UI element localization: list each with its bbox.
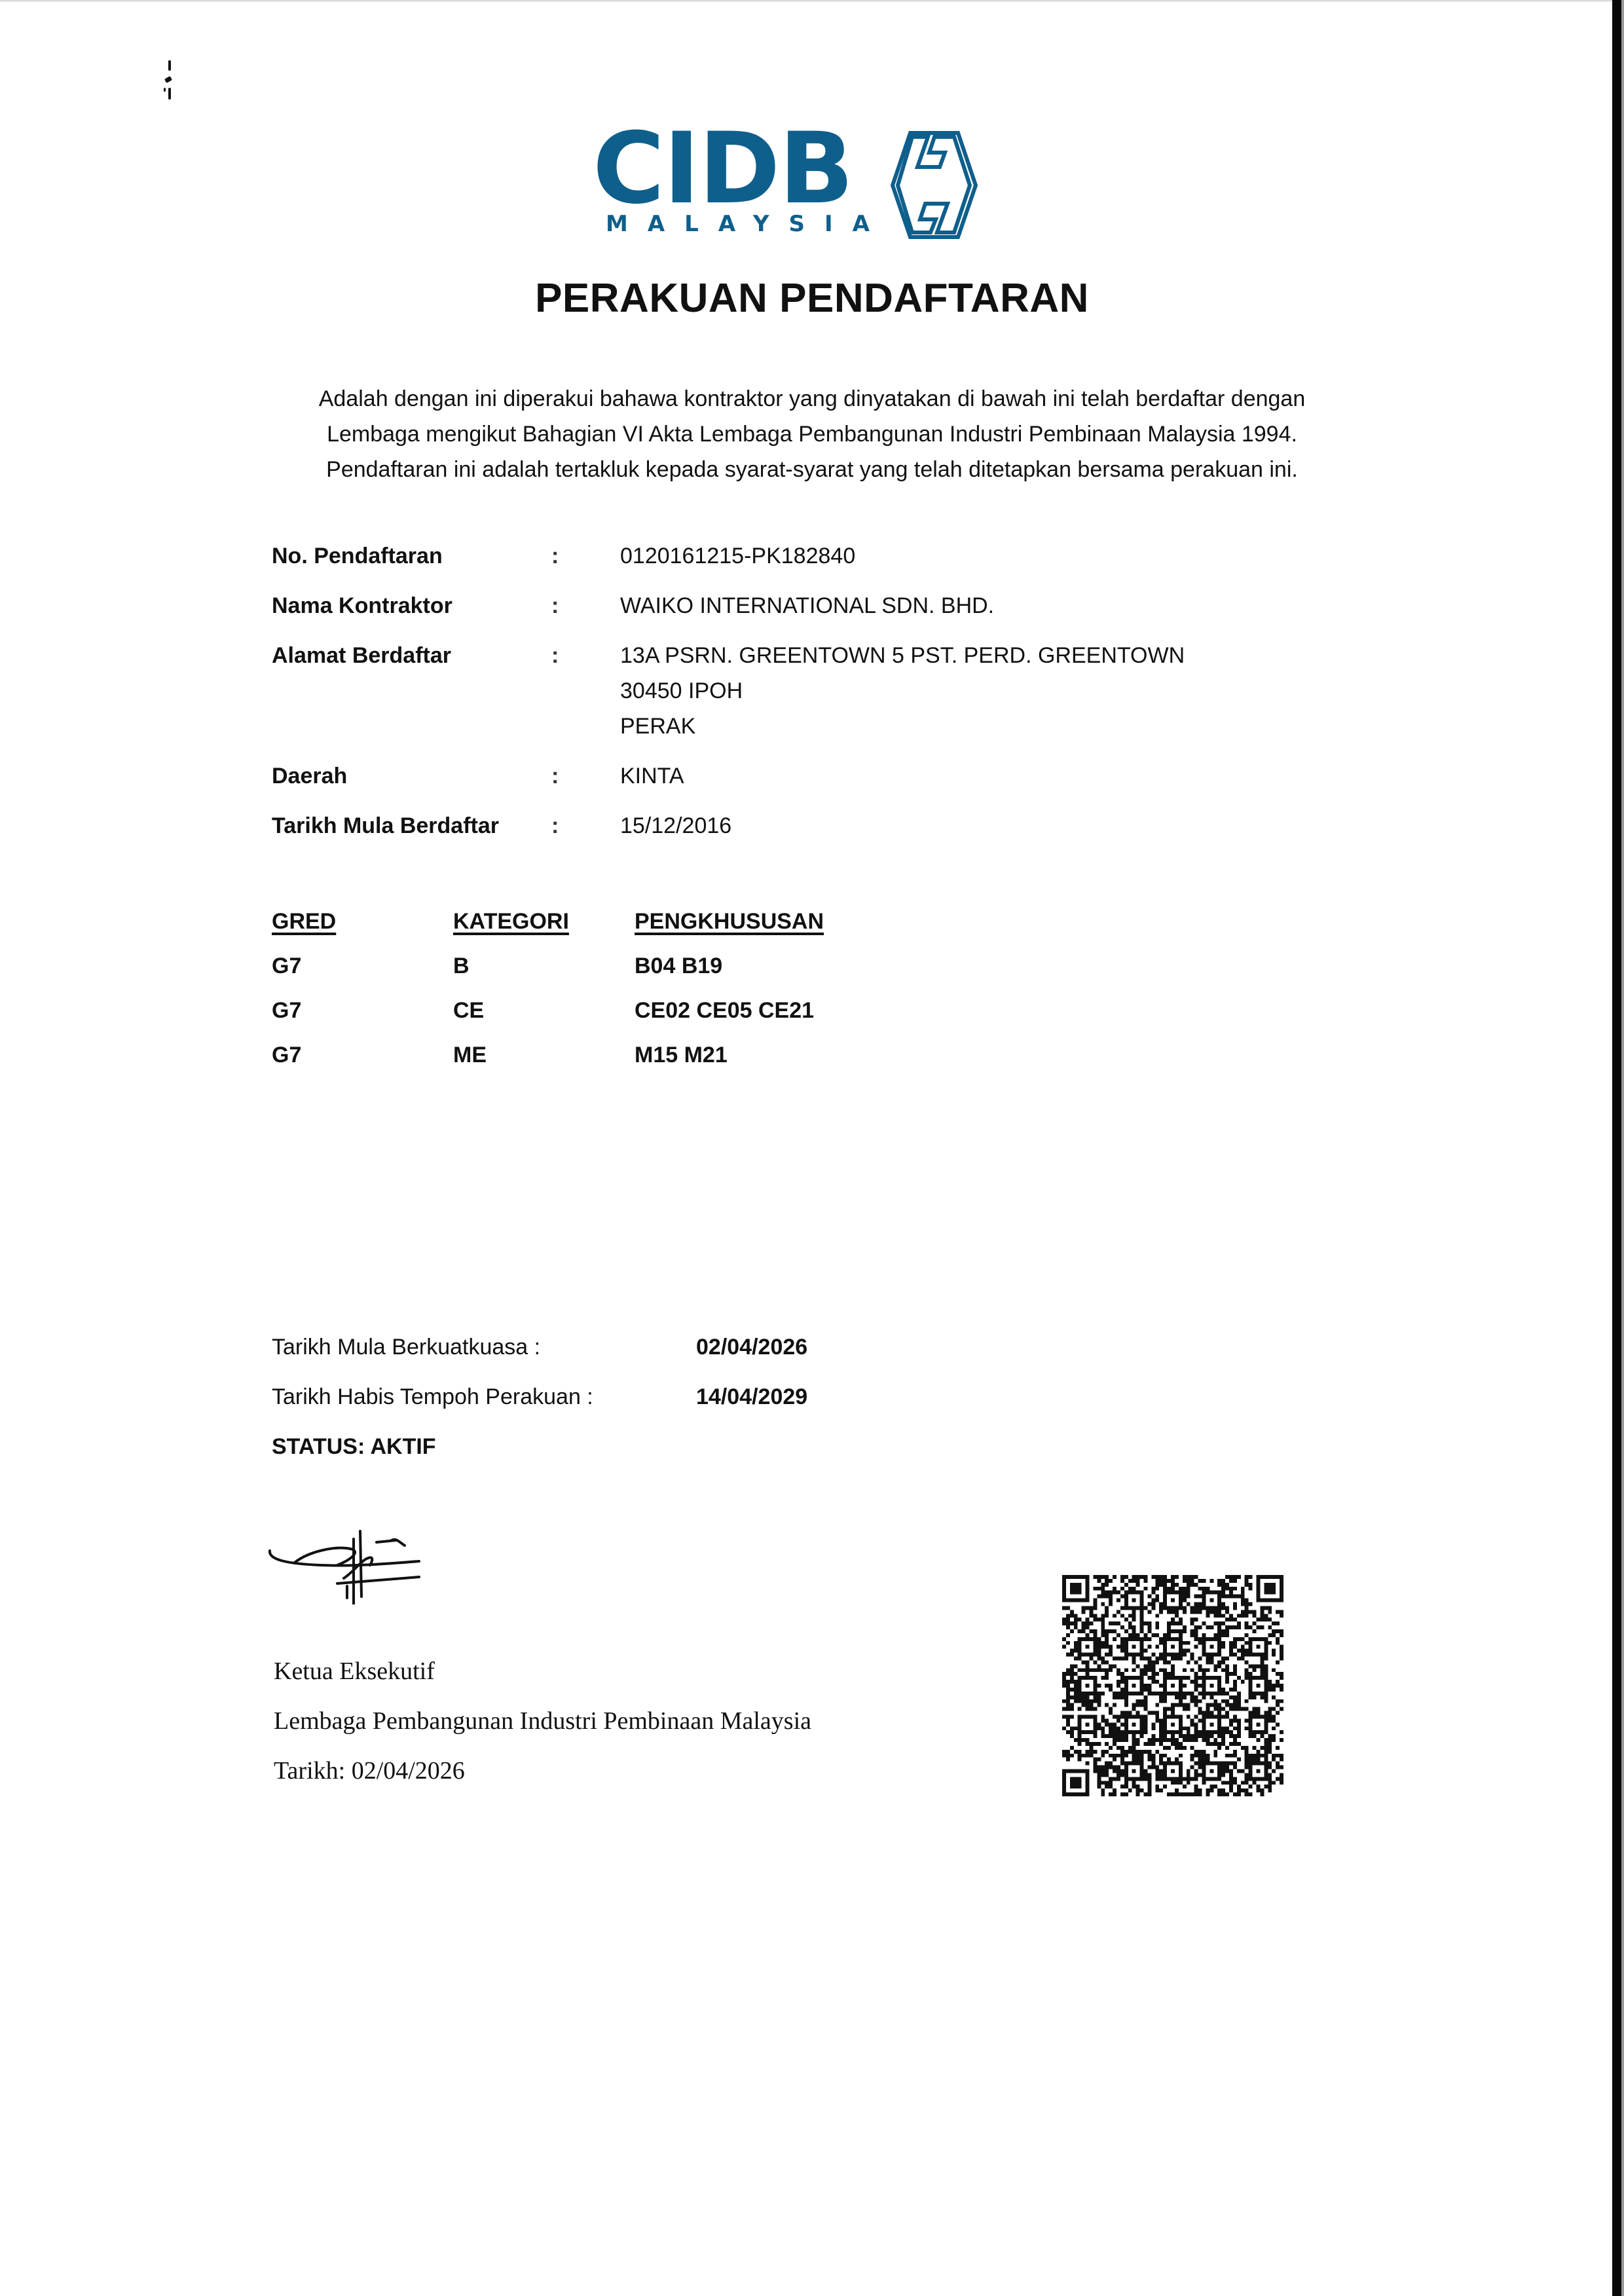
scan-right-border-light <box>1621 0 1624 2296</box>
grades-table-header: GRED KATEGORI PENGKHUSUSAN <box>272 904 1058 939</box>
field-label: Nama Kontraktor <box>272 588 551 623</box>
header-category: KATEGORI <box>453 909 569 934</box>
intro-line: Pendaftaran ini adalah tertakluk kepada … <box>196 452 1428 487</box>
address-line: 30450 IPOH <box>620 673 1319 709</box>
field-value: 13A PSRN. GREENTOWN 5 PST. PERD. GREENTO… <box>620 638 1319 744</box>
qr-code-icon <box>1062 1575 1283 1796</box>
field-value: WAIKO INTERNATIONAL SDN. BHD. <box>620 588 1319 623</box>
field-label: Daerah <box>272 758 551 794</box>
validity-end-value: 14/04/2029 <box>696 1379 807 1415</box>
header-grade: GRED <box>272 909 336 934</box>
specialization-cell: M15 M21 <box>635 1037 1058 1073</box>
grades-table: GRED KATEGORI PENGKHUSUSAN G7 B B04 B19 … <box>272 904 1058 1082</box>
intro-line: Adalah dengan ini diperakui bahawa kontr… <box>196 381 1428 417</box>
field-value: 15/12/2016 <box>620 808 1319 843</box>
status-badge: STATUS: AKTIF <box>272 1429 992 1464</box>
field-registration-number: No. Pendaftaran : 0120161215-PK182840 <box>272 538 1319 574</box>
logo-wordmark: CIDB <box>593 120 853 218</box>
signatory-organization: Lembaga Pembangunan Industri Pembinaan M… <box>274 1703 811 1739</box>
registration-number-value: 0120161215-PK182840 <box>620 538 1319 574</box>
category-cell: ME <box>453 1037 635 1073</box>
address-line: 13A PSRN. GREENTOWN 5 PST. PERD. GREENTO… <box>620 638 1319 673</box>
contractor-name-value: WAIKO INTERNATIONAL SDN. BHD. <box>620 588 1319 623</box>
header-specialization: PENGKHUSUSAN <box>635 909 824 934</box>
field-registered-address: Alamat Berdaftar : 13A PSRN. GREENTOWN 5… <box>272 638 1319 744</box>
signatory-date: Tarikh: 02/04/2026 <box>274 1753 811 1788</box>
field-value: 0120161215-PK182840 <box>620 538 1319 574</box>
intro-paragraph: Adalah dengan ini diperakui bahawa kontr… <box>196 381 1428 487</box>
field-colon: : <box>551 638 620 744</box>
field-colon: : <box>551 538 620 574</box>
address-line: PERAK <box>620 709 1319 744</box>
signatory-block: Ketua Eksekutif Lembaga Pembangunan Indu… <box>274 1654 811 1803</box>
field-label: Tarikh Mula Berdaftar <box>272 808 551 843</box>
signatory-title: Ketua Eksekutif <box>274 1654 811 1689</box>
logo-subtitle: MALAYSIA <box>606 213 889 235</box>
specialization-cell: B04 B19 <box>635 948 1058 984</box>
grade-cell: G7 <box>272 993 453 1028</box>
table-row: G7 B B04 B19 <box>272 948 1058 984</box>
field-registration-start-date: Tarikh Mula Berdaftar : 15/12/2016 <box>272 808 1319 843</box>
intro-line: Lembaga mengikut Bahagian VI Akta Lembag… <box>196 417 1428 452</box>
grade-cell: G7 <box>272 948 453 984</box>
district-value: KINTA <box>620 758 1319 794</box>
cidb-hexagon-logo-icon <box>874 128 979 242</box>
handwritten-signature-icon <box>262 1513 537 1604</box>
category-cell: B <box>453 948 635 984</box>
scan-top-shadow <box>0 0 1617 3</box>
field-contractor-name: Nama Kontraktor : WAIKO INTERNATIONAL SD… <box>272 588 1319 623</box>
validity-end-row: Tarikh Habis Tempoh Perakuan : 14/04/202… <box>272 1379 992 1415</box>
field-label: Alamat Berdaftar <box>272 638 551 744</box>
specialization-cell: CE02 CE05 CE21 <box>635 993 1058 1028</box>
field-colon: : <box>551 808 620 843</box>
validity-start-row: Tarikh Mula Berkuatkuasa : 02/04/2026 <box>272 1329 992 1365</box>
cidb-logo: CIDB MALAYSIA <box>593 128 999 246</box>
grade-cell: G7 <box>272 1037 453 1073</box>
registration-details: No. Pendaftaran : 0120161215-PK182840 Na… <box>272 538 1319 858</box>
scan-right-border <box>1612 0 1621 2296</box>
field-district: Daerah : KINTA <box>272 758 1319 794</box>
table-row: G7 ME M15 M21 <box>272 1037 1058 1073</box>
validity-start-label: Tarikh Mula Berkuatkuasa : <box>272 1329 696 1365</box>
validity-end-label: Tarikh Habis Tempoh Perakuan : <box>272 1379 696 1415</box>
registration-start-date-value: 15/12/2016 <box>620 808 1319 843</box>
validity-start-value: 02/04/2026 <box>696 1329 807 1365</box>
field-colon: : <box>551 758 620 794</box>
document-title: PERAKUAN PENDAFTARAN <box>0 275 1624 322</box>
category-cell: CE <box>453 993 635 1028</box>
field-value: KINTA <box>620 758 1319 794</box>
validity-section: Tarikh Mula Berkuatkuasa : 02/04/2026 Ta… <box>272 1329 992 1464</box>
field-label: No. Pendaftaran <box>272 538 551 574</box>
certificate-page: CIDB MALAYSIA PERAKUAN PENDAFTARAN Adala… <box>0 0 1624 2296</box>
table-row: G7 CE CE02 CE05 CE21 <box>272 993 1058 1028</box>
field-colon: : <box>551 588 620 623</box>
binder-hole-marks-icon <box>162 60 175 119</box>
